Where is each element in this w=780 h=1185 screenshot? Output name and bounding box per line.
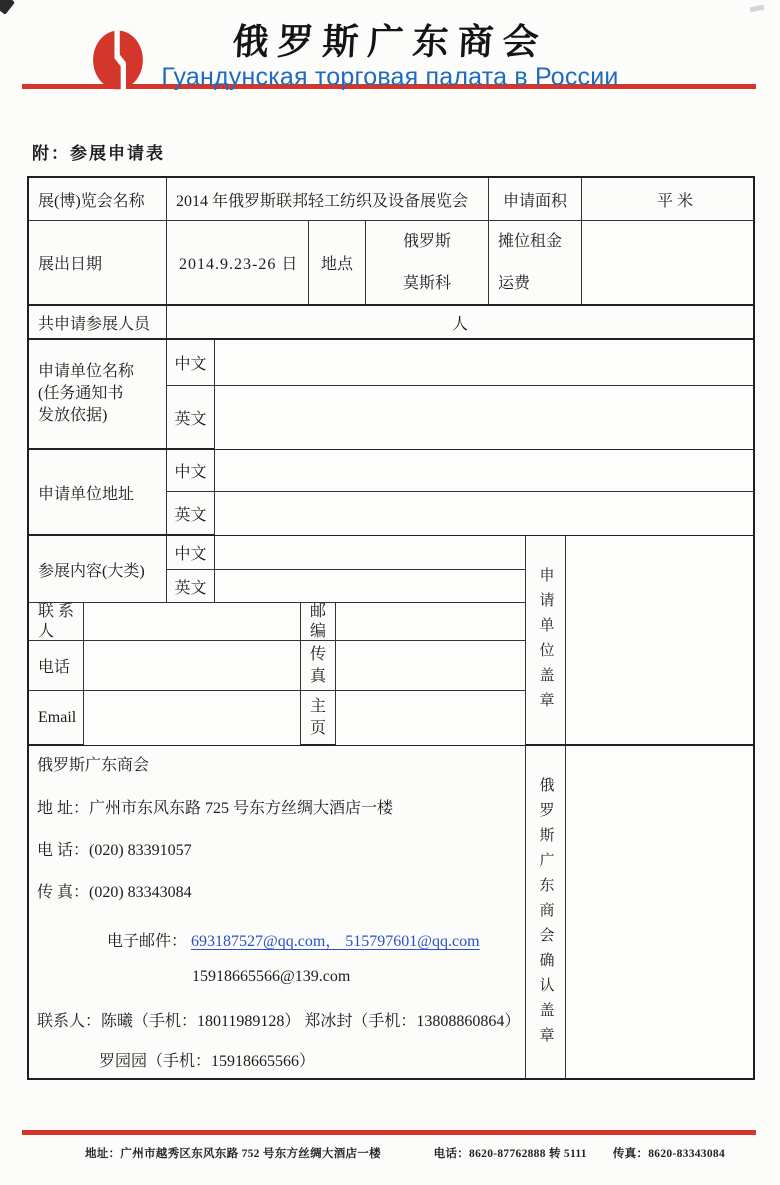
row-schedule: 展出日期 2014.9.23-26 日 地点 俄罗斯 莫斯科 摊位租金 运费 bbox=[29, 221, 753, 306]
chamber-stamp-area bbox=[566, 746, 753, 1078]
fax-field bbox=[336, 641, 525, 690]
exhibit-content-en-row: 英文 bbox=[167, 570, 525, 602]
contact-person-label: 联 系 人 bbox=[29, 603, 84, 640]
chamber-org-name: 俄罗斯广东商会 bbox=[37, 756, 149, 775]
phone-field bbox=[84, 641, 301, 690]
fees-value-field bbox=[582, 221, 753, 304]
org-name-zh-row: 中文 bbox=[167, 340, 753, 386]
org-name-zh-field bbox=[215, 340, 753, 385]
exhibit-content-zh-row: 中文 bbox=[167, 536, 525, 570]
row-exhibition-name: 展(博)览会名称 2014 年俄罗斯联邦轻工纺织及设备展览会 申请面积 平米 bbox=[29, 178, 753, 221]
footer-rule bbox=[22, 1130, 756, 1135]
scanned-form-page: 俄罗斯广东商会 Гуандунская торговая палата в Ро… bbox=[0, 0, 780, 1185]
footer-address: 地址：广州市越秀区东风东路 752 号东方丝绸大酒店一楼 bbox=[85, 1145, 381, 1161]
exhibit-content-en-field bbox=[215, 570, 525, 602]
exhibit-content-zh-field bbox=[215, 536, 525, 569]
row-contact-person: 联 系 人 邮 编 bbox=[29, 603, 525, 641]
org-address-zh-label: 中文 bbox=[167, 450, 215, 491]
zip-label: 邮 编 bbox=[301, 603, 336, 640]
row-phone: 电话 传 真 bbox=[29, 641, 525, 691]
exhibit-content-zh-label: 中文 bbox=[167, 536, 215, 569]
org-name-zh-label: 中文 bbox=[167, 340, 215, 385]
row-org-name: 申请单位名称 (任务通知书 发放依据) 中文 英文 bbox=[29, 340, 753, 450]
email-field bbox=[84, 691, 301, 745]
participants-label: 共申请参展人员 bbox=[29, 306, 167, 338]
contact-person-field bbox=[84, 603, 301, 640]
chamber-email-line: 电子邮件： 693187527@qq.com， 515797601@qq.com bbox=[37, 932, 480, 951]
row-email: Email 主 页 bbox=[29, 691, 525, 745]
org-address-zh-field bbox=[215, 450, 753, 491]
org-address-label: 申请单位地址 bbox=[29, 450, 167, 534]
exhibit-content-en-label: 英文 bbox=[167, 570, 215, 602]
section-chamber-info: 俄罗斯广东商会 地 址：广州市东风东路 725 号东方丝绸大酒店一楼 电 话：(… bbox=[29, 746, 753, 1078]
participants-unit: 人 bbox=[167, 306, 753, 338]
row-exhibit-content: 参展内容(大类) 中文 英文 bbox=[29, 536, 525, 603]
chamber-fax: 传 真：(020) 83343084 bbox=[37, 883, 192, 902]
row-participants: 共申请参展人员 人 bbox=[29, 306, 753, 340]
footer-fax: 传真：8620-83343084 bbox=[613, 1145, 725, 1161]
homepage-field bbox=[336, 691, 525, 745]
footer-phone: 电话：8620-87762888 转 5111 bbox=[434, 1145, 587, 1161]
org-name-label: 申请单位名称 (任务通知书 发放依据) bbox=[29, 340, 167, 448]
exhibition-name-value: 2014 年俄罗斯联邦轻工纺织及设备展览会 bbox=[167, 178, 489, 220]
org-address-en-label: 英文 bbox=[167, 492, 215, 535]
letterhead: 俄罗斯广东商会 Гуандунская торговая палата в Ро… bbox=[0, 0, 780, 74]
phone-label: 电话 bbox=[29, 641, 84, 690]
chamber-email-label: 电子邮件： bbox=[107, 933, 187, 950]
org-name-en-field bbox=[215, 386, 753, 449]
chamber-contact-info: 俄罗斯广东商会 地 址：广州市东风东路 725 号东方丝绸大酒店一楼 电 话：(… bbox=[29, 746, 526, 1078]
footer: 地址：广州市越秀区东风东路 752 号东方丝绸大酒店一楼 电话：8620-877… bbox=[85, 1145, 725, 1161]
place-label: 地点 bbox=[309, 221, 366, 304]
chamber-contacts-line2: 罗园园（手机：15918665566） bbox=[37, 1052, 315, 1071]
fax-label: 传 真 bbox=[301, 641, 336, 690]
chamber-email-secondary: 15918665566@139.com bbox=[37, 967, 350, 986]
chamber-contacts-line1: 联系人：陈曦（手机：18011989128） 郑冰封（手机：1380886086… bbox=[37, 1012, 519, 1031]
application-form-table: 展(博)览会名称 2014 年俄罗斯联邦轻工纺织及设备展览会 申请面积 平米 展… bbox=[27, 176, 755, 1080]
place-value: 俄罗斯 莫斯科 bbox=[366, 221, 489, 304]
chamber-stamp-column: 俄罗斯广东商会确认盖章 bbox=[526, 746, 566, 1078]
org-address-zh-row: 中文 bbox=[167, 450, 753, 492]
email-label: Email bbox=[29, 691, 84, 745]
chamber-email-links[interactable]: 693187527@qq.com， 515797601@qq.com bbox=[191, 933, 480, 950]
date-label: 展出日期 bbox=[29, 221, 167, 304]
org-address-en-row: 英文 bbox=[167, 492, 753, 535]
zip-field bbox=[336, 603, 525, 640]
section-content-contact: 参展内容(大类) 中文 英文 联 系 人 bbox=[29, 536, 753, 746]
chamber-phone: 电 话：(020) 83391057 bbox=[37, 841, 192, 860]
exhibit-content-label: 参展内容(大类) bbox=[29, 536, 167, 602]
applicant-stamp-area bbox=[566, 536, 753, 744]
fees-label: 摊位租金 运费 bbox=[489, 221, 582, 304]
attachment-title: 附：参展申请表 bbox=[32, 139, 780, 164]
org-address-en-field bbox=[215, 492, 753, 535]
org-name-en-label: 英文 bbox=[167, 386, 215, 449]
applicant-stamp-column: 申请单位盖章 bbox=[526, 536, 566, 744]
date-value: 2014.9.23-26 日 bbox=[167, 221, 309, 304]
chamber-address: 地 址：广州市东风东路 725 号东方丝绸大酒店一楼 bbox=[37, 799, 393, 818]
row-org-address: 申请单位地址 中文 英文 bbox=[29, 450, 753, 536]
area-label: 申请面积 bbox=[489, 178, 582, 220]
exhibition-name-label: 展(博)览会名称 bbox=[29, 178, 167, 220]
org-name-en-row: 英文 bbox=[167, 386, 753, 449]
area-unit-field: 平米 bbox=[582, 178, 753, 220]
org-title-chinese: 俄罗斯广东商会 bbox=[0, 22, 780, 62]
homepage-label: 主 页 bbox=[301, 691, 336, 745]
